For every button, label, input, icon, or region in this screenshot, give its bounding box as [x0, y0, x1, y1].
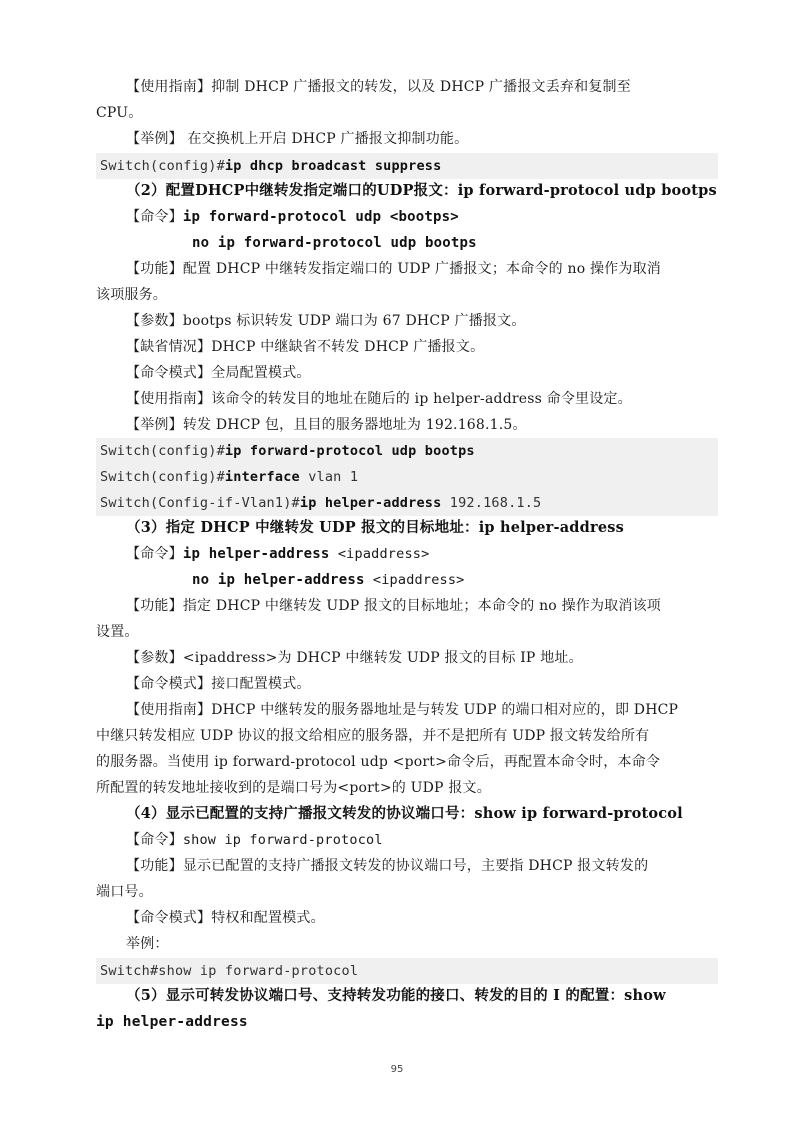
section-label: 【缺省情况】	[126, 339, 211, 355]
command-text: ip helper-address	[183, 546, 330, 562]
command-syntax: 【命令】ip forward-protocol udp <bootps>	[96, 204, 718, 230]
paragraph-text: 设置。	[96, 624, 139, 640]
heading-text: （3）指定 DHCP 中继转发 UDP 报文的目标地址：ip helper-ad…	[126, 519, 624, 536]
paragraph-text: 在交换机上开启 DHCP 广播报文抑制功能。	[183, 131, 469, 147]
paragraph-continuation: 所配置的转发地址接收到的是端口号为<port>的 UDP 报文。	[96, 775, 718, 801]
code-block-line: Switch(config)#interface vlan 1	[96, 464, 718, 490]
section-heading-4: （4）显示已配置的支持广播报文转发的协议端口号：show ip forward-…	[96, 801, 718, 827]
paragraph-function: 【功能】显示已配置的支持广播报文转发的协议端口号，主要指 DHCP 报文转发的	[96, 853, 718, 879]
paragraph-function: 【功能】配置 DHCP 中继转发指定端口的 UDP 广播报文；本命令的 no 操…	[96, 256, 718, 282]
paragraph-text: 的服务器。当使用 ip forward-protocol udp <port>命…	[96, 754, 660, 770]
section-heading-3: （3）指定 DHCP 中继转发 UDP 报文的目标地址：ip helper-ad…	[96, 515, 718, 541]
section-label: 【举例】	[126, 417, 183, 433]
paragraph-continuation: CPU。	[96, 100, 718, 126]
paragraph-text: 该命令的转发目的地址在随后的 ip helper-address 命令里设定。	[211, 391, 632, 407]
section-label: 【命令模式】	[126, 910, 211, 926]
paragraph-command-mode: 【命令模式】接口配置模式。	[96, 671, 718, 697]
paragraph-text: 全局配置模式。	[211, 365, 310, 381]
paragraph-text: 中继只转发相应 UDP 协议的报文给相应的服务器，并不是把所有 UDP 报文转发…	[96, 728, 649, 744]
code-block-line: Switch(config)#ip forward-protocol udp b…	[96, 438, 718, 464]
section-heading-5-continuation: ip helper-address	[96, 1009, 718, 1035]
section-label: 【使用指南】	[126, 702, 211, 718]
paragraph-usage-guide: 【使用指南】DHCP 中继转发的服务器地址是与转发 UDP 的端口相对应的，即 …	[96, 697, 718, 723]
paragraph-usage-guide: 【使用指南】抑制 DHCP 广播报文的转发，以及 DHCP 广播报文丢弃和复制至	[96, 74, 718, 100]
paragraph-command-mode: 【命令模式】全局配置模式。	[96, 360, 718, 386]
paragraph-text: 该项服务。	[96, 287, 167, 303]
heading-text: （4）显示已配置的支持广播报文转发的协议端口号：show ip forward-…	[126, 805, 683, 822]
paragraph-continuation: 端口号。	[96, 879, 718, 905]
command-text: no ip helper-address	[192, 572, 365, 588]
command-syntax-no: no ip helper-address <ipaddress>	[96, 567, 718, 593]
heading-text: （2）配置DHCP中继转发指定端口的UDP报文：ip forward-proto…	[126, 182, 717, 199]
command-text: show ip forward-protocol	[183, 832, 383, 848]
page-number: 95	[0, 1064, 794, 1075]
code-prompt: Switch(config)#	[100, 469, 225, 485]
paragraph-example: 【举例】 在交换机上开启 DHCP 广播报文抑制功能。	[96, 126, 718, 152]
command-argument: <ipaddress>	[330, 546, 430, 562]
paragraph-text: 所配置的转发地址接收到的是端口号为<port>的 UDP 报文。	[96, 780, 491, 796]
paragraph-text: 端口号。	[96, 884, 153, 900]
command-syntax-no: no ip forward-protocol udp bootps	[96, 230, 718, 256]
code-prompt: Switch#show ip forward-protocol	[100, 963, 358, 979]
section-label: 【功能】	[126, 261, 183, 277]
paragraph-continuation: 中继只转发相应 UDP 协议的报文给相应的服务器，并不是把所有 UDP 报文转发…	[96, 723, 718, 749]
paragraph-text: DHCP 中继转发的服务器地址是与转发 UDP 的端口相对应的，即 DHCP	[211, 702, 678, 718]
section-label: 【参数】	[126, 650, 183, 666]
code-block-line: Switch(Config-if-Vlan1)#ip helper-addres…	[96, 490, 718, 516]
paragraph-text: bootps 标识转发 UDP 端口为 67 DHCP 广播报文。	[183, 313, 526, 329]
command-argument: <ipaddress>	[365, 572, 465, 588]
section-label: 【使用指南】	[126, 391, 211, 407]
document-page: 【使用指南】抑制 DHCP 广播报文的转发，以及 DHCP 广播报文丢弃和复制至…	[0, 0, 794, 1123]
paragraph-text: DHCP 中继缺省不转发 DHCP 广播报文。	[211, 339, 484, 355]
section-label: 【命令模式】	[126, 676, 211, 692]
paragraph-function: 【功能】指定 DHCP 中继转发 UDP 报文的目标地址；本命令的 no 操作为…	[96, 593, 718, 619]
paragraph-default: 【缺省情况】DHCP 中继缺省不转发 DHCP 广播报文。	[96, 334, 718, 360]
code-prompt: Switch(config)#	[100, 158, 225, 174]
section-label: 【参数】	[126, 313, 183, 329]
heading-text: （5）显示可转发协议端口号、支持转发功能的接口、转发的目的 I 的配置：show	[126, 987, 666, 1004]
paragraph-text: 抑制 DHCP 广播报文的转发，以及 DHCP 广播报文丢弃和复制至	[211, 79, 631, 95]
section-label: 【命令模式】	[126, 365, 211, 381]
section-label: 【举例】	[126, 131, 183, 147]
paragraph-text: 配置 DHCP 中继转发指定端口的 UDP 广播报文；本命令的 no 操作为取消	[183, 261, 661, 277]
paragraph-continuation: 该项服务。	[96, 282, 718, 308]
section-label: 【功能】	[126, 858, 183, 874]
paragraph-text: 显示已配置的支持广播报文转发的协议端口号，主要指 DHCP 报文转发的	[183, 858, 648, 874]
code-command: ip forward-protocol udp bootps	[225, 443, 475, 459]
paragraph-text: 接口配置模式。	[211, 676, 310, 692]
command-text: no ip forward-protocol udp bootps	[192, 235, 477, 251]
code-block-line: Switch#show ip forward-protocol	[96, 958, 718, 984]
heading-text: ip helper-address	[96, 1014, 248, 1030]
paragraph-parameters: 【参数】bootps 标识转发 UDP 端口为 67 DHCP 广播报文。	[96, 308, 718, 334]
paragraph-example: 【举例】转发 DHCP 包，且目的服务器地址为 192.168.1.5。	[96, 412, 718, 438]
paragraph-usage-guide: 【使用指南】该命令的转发目的地址在随后的 ip helper-address 命…	[96, 386, 718, 412]
code-prompt: Switch(Config-if-Vlan1)#	[100, 495, 300, 511]
code-block-line: Switch(config)#ip dhcp broadcast suppres…	[96, 153, 718, 179]
paragraph-text: <ipaddress>为 DHCP 中继转发 UDP 报文的目标 IP 地址。	[183, 650, 583, 666]
paragraph-text: 转发 DHCP 包，且目的服务器地址为 192.168.1.5。	[183, 417, 527, 433]
section-heading-5: （5）显示可转发协议端口号、支持转发功能的接口、转发的目的 I 的配置：show	[96, 983, 718, 1009]
paragraph-continuation: 的服务器。当使用 ip forward-protocol udp <port>命…	[96, 749, 718, 775]
paragraph-continuation: 设置。	[96, 619, 718, 645]
paragraph-text: CPU。	[96, 105, 143, 121]
section-label: 【命令】	[126, 209, 183, 225]
command-syntax: 【命令】ip helper-address <ipaddress>	[96, 541, 718, 567]
section-label: 【功能】	[126, 598, 183, 614]
code-prompt: Switch(config)#	[100, 443, 225, 459]
paragraph-text: 特权和配置模式。	[211, 910, 325, 926]
section-heading-2: （2）配置DHCP中继转发指定端口的UDP报文：ip forward-proto…	[96, 178, 718, 204]
code-command: ip dhcp broadcast suppress	[225, 158, 442, 174]
code-command: interface	[225, 469, 300, 485]
paragraph-text: 举例：	[126, 936, 169, 952]
paragraph-parameters: 【参数】<ipaddress>为 DHCP 中继转发 UDP 报文的目标 IP …	[96, 645, 718, 671]
code-command: ip helper-address	[300, 495, 442, 511]
section-label: 【命令】	[126, 546, 183, 562]
section-label: 【命令】	[126, 832, 183, 848]
paragraph-example-label: 举例：	[96, 931, 718, 957]
code-argument: vlan 1	[300, 469, 358, 485]
command-syntax: 【命令】show ip forward-protocol	[96, 827, 718, 853]
paragraph-text: 指定 DHCP 中继转发 UDP 报文的目标地址；本命令的 no 操作为取消该项	[183, 598, 661, 614]
section-label: 【使用指南】	[126, 79, 211, 95]
code-argument: 192.168.1.5	[441, 495, 541, 511]
command-text: ip forward-protocol udp <bootps>	[183, 209, 459, 225]
paragraph-command-mode: 【命令模式】特权和配置模式。	[96, 905, 718, 931]
